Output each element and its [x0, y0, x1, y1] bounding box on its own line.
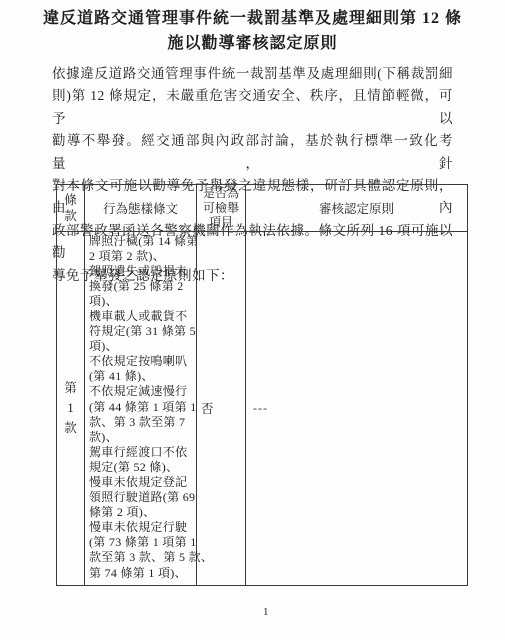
behavior-line: 款、第 3 款至第 7 [89, 415, 194, 430]
behavior-line: 牌照汙穢(第 14 條第 [89, 234, 194, 249]
header-reportable-line: 可檢舉 [199, 201, 243, 216]
table-row: 第1款 牌照汙穢(第 14 條第2 項第 2 款)、駕照遺失或毀損未換發(第 2… [57, 231, 468, 585]
page-number: 1 [263, 606, 269, 618]
header-clause: 條款 [57, 185, 85, 232]
behavior-line: 款至第 3 款、第 5 款、 [89, 550, 194, 565]
header-clause-line: 款 [59, 208, 82, 224]
behavior-line: 2 項第 2 款)、 [89, 249, 194, 264]
behavior-line: (第 73 條第 1 項第 1 [89, 535, 194, 550]
intro-line: 依據違反道路交通管理事件統一裁罰基準及處理細則(下稱裁罰細 [52, 63, 453, 85]
behavior-line: 慢車未依規定登記 [89, 475, 194, 490]
behavior-line: 慢車未依規定行駛 [89, 520, 194, 535]
behavior-line: 規定(第 52 條)、 [89, 460, 194, 475]
behavior-line: 駕車行經渡口不依 [89, 445, 194, 460]
header-criteria: 審核認定原則 [246, 185, 468, 232]
header-reportable: 是否為可檢舉項目 [197, 185, 246, 232]
title-line-2: 施以勸導審核認定原則 [0, 31, 505, 56]
header-clause-line: 條 [59, 192, 82, 208]
behavior-line: 機車載人或載貨不 [89, 309, 194, 324]
header-reportable-line: 項目 [199, 215, 243, 230]
header-reportable-line: 是否為 [199, 186, 243, 201]
table-header-row: 條款 行為態樣條文 是否為可檢舉項目 審核認定原則 [57, 185, 468, 232]
behavior-line: 條第 2 項)、 [89, 505, 194, 520]
clause-char: 款 [57, 418, 84, 438]
behavior-line: 項)、 [89, 294, 194, 309]
clause-char: 1 [57, 398, 84, 418]
behavior-line: 駕照遺失或毀損未 [89, 264, 194, 279]
clause-char: 第 [57, 378, 84, 398]
intro-line: 勸導不舉發。經交通部與內政部討論，基於執行標準一致化考量，針 [52, 130, 453, 175]
behavior-line: (第 41 條)、 [89, 369, 194, 384]
behavior-line: (第 44 條第 1 項第 1 [89, 400, 194, 415]
behavior-line: 換發(第 25 條第 2 [89, 279, 194, 294]
behavior-line: 第 74 條第 1 項)、 [89, 566, 194, 581]
rules-table: 條款 行為態樣條文 是否為可檢舉項目 審核認定原則 第1款 牌照汙穢(第 14 … [56, 184, 468, 586]
clause-cell: 第1款 [57, 231, 85, 585]
title-line-1: 違反道路交通管理事件統一裁罰基準及處理細則第 12 條 [0, 6, 505, 31]
behavior-cell: 牌照汙穢(第 14 條第2 項第 2 款)、駕照遺失或毀損未換發(第 25 條第… [85, 231, 197, 585]
document-page: 違反道路交通管理事件統一裁罰基準及處理細則第 12 條 施以勸導審核認定原則 依… [0, 0, 505, 640]
behavior-line: 項)、 [89, 339, 194, 354]
behavior-line: 款)、 [89, 430, 194, 445]
behavior-line: 領照行駛道路(第 69 [89, 490, 194, 505]
document-title: 違反道路交通管理事件統一裁罰基準及處理細則第 12 條 施以勸導審核認定原則 [0, 6, 505, 56]
criteria-cell: --- [246, 231, 468, 585]
intro-line: 則)第 12 條規定，未嚴重危害交通安全、秩序，且情節輕微，可予以 [52, 85, 453, 130]
header-behavior: 行為態樣條文 [85, 185, 197, 232]
behavior-line: 符規定(第 31 條第 5 [89, 324, 194, 339]
behavior-line: 不依規定減速慢行 [89, 384, 194, 399]
behavior-line: 不依規定按鳴喇叭 [89, 354, 194, 369]
reportable-cell: 否 [197, 231, 246, 585]
